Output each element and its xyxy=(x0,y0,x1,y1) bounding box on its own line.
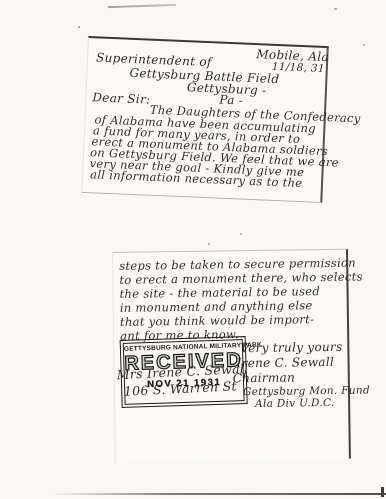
scan-edge-line-bottom xyxy=(50,493,386,495)
scanned-letter-document: Superintendent of Mobile, Ala 11/18, 31 … xyxy=(0,0,386,499)
recipient-line: Pa - xyxy=(219,94,243,107)
signer-org-line: Gettysburg Mon. Fund xyxy=(243,385,370,397)
recipient-line: Superintendent of xyxy=(96,51,212,68)
date-line: 11/18, 31 xyxy=(272,62,325,75)
scan-edge-tick-right xyxy=(381,487,384,497)
salutation: Dear Sir: xyxy=(92,91,150,105)
scan-smudge-top xyxy=(108,4,176,8)
letter-page-1: Superintendent of Mobile, Ala 11/18, 31 … xyxy=(81,36,328,203)
scan-speck xyxy=(363,44,365,46)
letter-page-2: steps to be taken to secure permission t… xyxy=(112,249,351,462)
scan-speck xyxy=(334,8,337,10)
scan-speck xyxy=(240,233,242,235)
body-line: to erect a monument there, who selects xyxy=(119,272,363,287)
signature: Irene C. Sewall xyxy=(236,356,334,369)
body-line: that you think would be import- xyxy=(120,314,314,328)
scan-speck xyxy=(78,26,80,28)
scan-speck xyxy=(208,243,210,245)
signer-org-line: Ala Div U.D.C. xyxy=(255,398,335,410)
